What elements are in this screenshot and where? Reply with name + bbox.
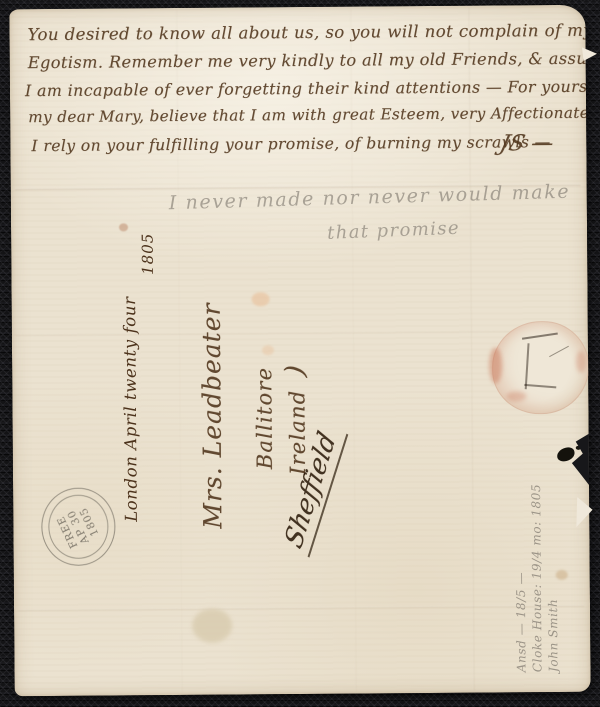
letter-text-line: Egotism. Remember me very kindly to all …: [28, 48, 591, 72]
postmark-stamp: FREE AP 30 1805: [41, 487, 116, 566]
paper-tear: [571, 433, 591, 488]
frank-date-text: London April twenty four: [119, 187, 141, 522]
letter-text-line: I am incapable of ever forgetting their …: [25, 76, 591, 100]
wax-seal-remnant: [492, 321, 590, 415]
stain: [556, 570, 568, 580]
archival-annotation: Ansd — 18/5 — Cloke House: 19/4 mo: 1805…: [512, 442, 562, 672]
stain: [262, 345, 274, 355]
letter-text-line: my dear Mary, believe that I am with gre…: [28, 103, 591, 126]
seal-wax-trace: [506, 391, 526, 401]
seal-ink-mark: [525, 343, 530, 389]
scan-background: You desired to know all about us, so you…: [0, 0, 600, 707]
letter-text-line: You desired to know all about us, so you…: [27, 21, 590, 44]
frank-date-year: 1805: [138, 187, 159, 522]
fold-crease-horizontal: [18, 605, 584, 611]
stain: [119, 223, 128, 231]
archival-note-line: Cloke House: 19/4 mo: 1805: [528, 442, 546, 672]
seal-ink-mark: [524, 384, 556, 389]
stain: [192, 609, 232, 643]
address-recipient: Mrs. Leadbeater: [196, 228, 240, 528]
stain: [252, 292, 270, 306]
archival-note-line: Ansd — 18/5 —: [512, 442, 530, 672]
seal-wax-trace: [489, 347, 502, 383]
seal-ink-mark: [549, 346, 569, 357]
letter-paper: You desired to know all about us, so you…: [9, 5, 590, 697]
seal-wax-trace: [576, 351, 586, 373]
letter-text-line: I rely on your fulfilling your promise, …: [31, 133, 550, 155]
pen-flourish: ): [280, 362, 312, 378]
seal-ink-mark: [522, 332, 558, 339]
pencil-annotation-line: that promise: [327, 218, 461, 244]
postmark-text: FREE AP 30 1805: [29, 478, 129, 576]
signature-monogram: JS —: [497, 131, 556, 156]
frank-date: London April twenty four 1805: [119, 187, 166, 522]
archival-note-line: John Smith: [544, 442, 562, 672]
